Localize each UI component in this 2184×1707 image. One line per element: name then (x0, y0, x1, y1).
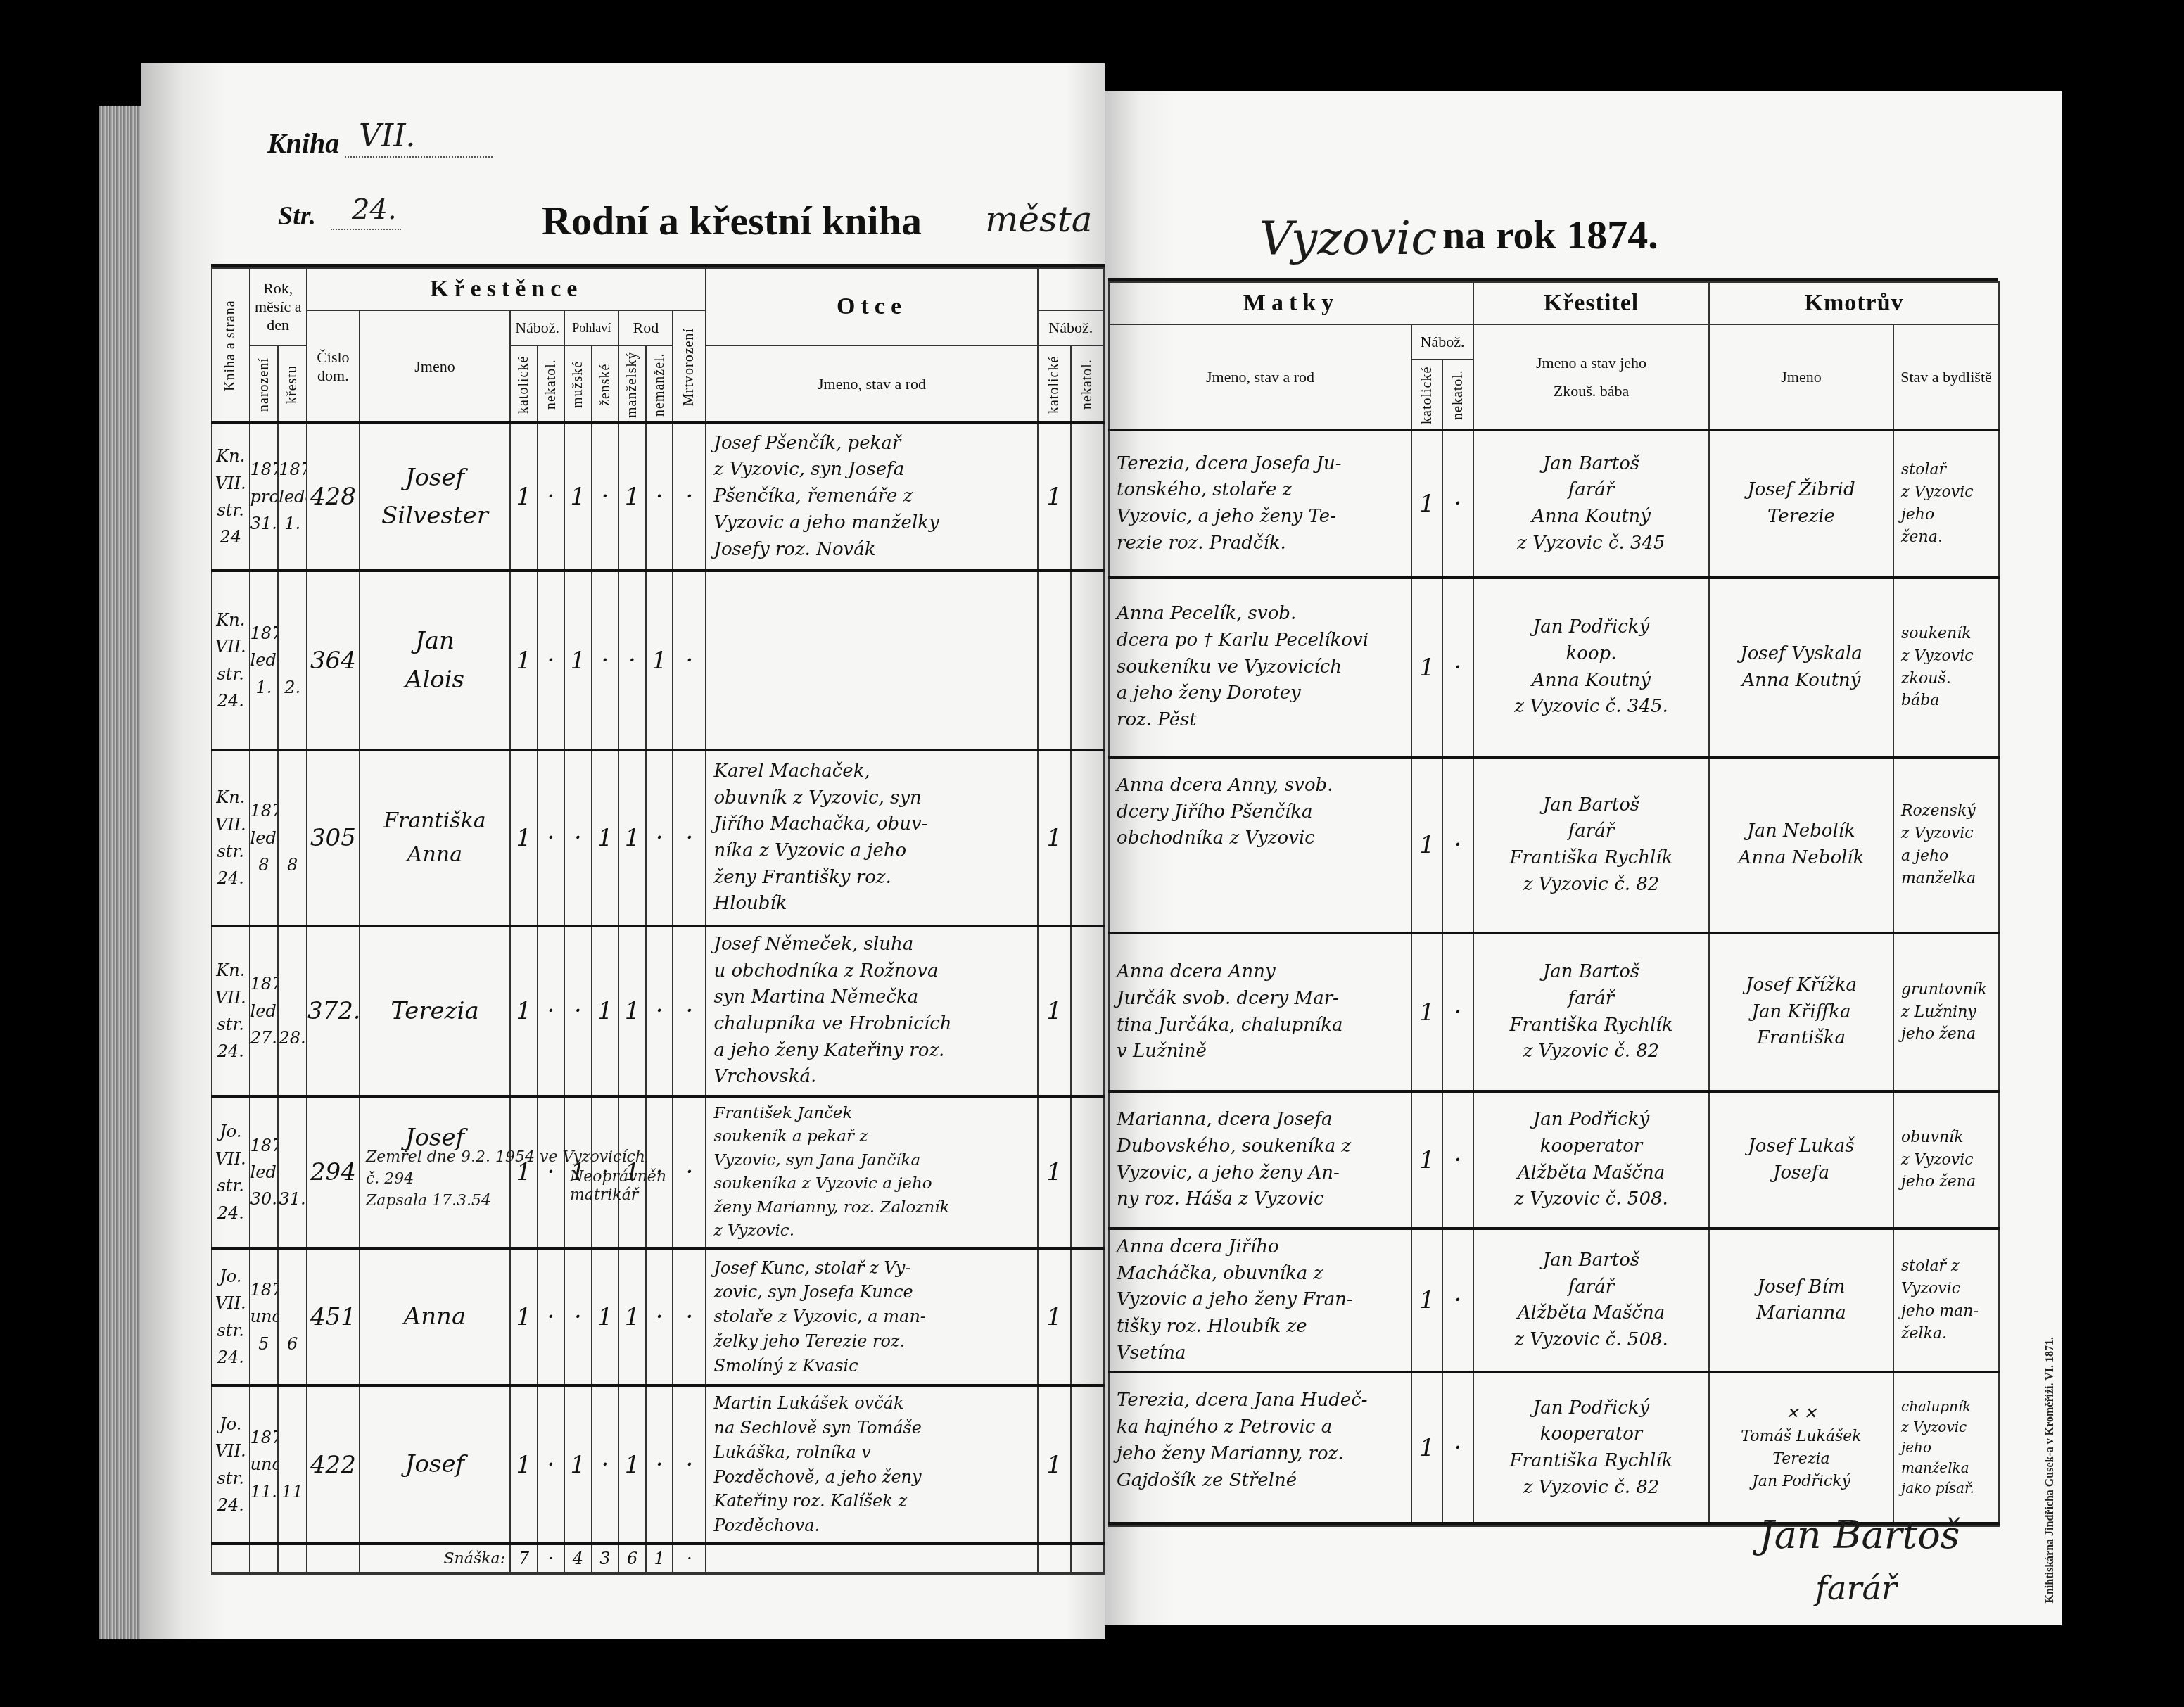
mark-illegitimate: · (646, 423, 673, 571)
col-book-page: Kniha a strana (212, 268, 250, 423)
filler-row (212, 1573, 1104, 1574)
house-number-cell: 372. (307, 926, 360, 1096)
col-date: Rok, měsíc a den (250, 268, 307, 345)
father-catholic-mark: 1 (1038, 1385, 1071, 1544)
book-page-cell: Kn. VII. str. 24. (212, 926, 250, 1096)
col-father-religion: Nábož. (1038, 310, 1104, 345)
mark-stillborn: · (673, 750, 706, 926)
mark-legitimate: · (618, 571, 646, 750)
entry-row-6: Jo. VII. str. 24. 1874 unor 5 6 451 Anna… (212, 1248, 1104, 1385)
mark-legitimate: 1 (618, 1248, 646, 1385)
father-catholic-mark: 1 (1038, 926, 1071, 1096)
col-mother-name: Jmeno, stav a rod (1109, 324, 1411, 430)
registrar-stamp: Neoprávněn matrikář (570, 1168, 666, 1205)
mark-female: · (592, 1385, 619, 1544)
mother-catholic-mark: 1 (1411, 1091, 1442, 1229)
register-year: na rok 1874. (1442, 211, 1658, 258)
page-label: Str. (278, 201, 316, 231)
mark-female: · (592, 571, 619, 750)
mark-non-catholic: · (538, 423, 565, 571)
mark-female: 1 (592, 926, 619, 1096)
mark-male: 1 (564, 571, 592, 750)
title-handwritten-town-type: města (985, 199, 1093, 240)
mother-non-catholic-mark: · (1442, 933, 1473, 1091)
godparent-cell: ✕ ✕ Tomáš Lukášek Terezia Jan Podřický (1709, 1372, 1893, 1523)
book-page-cell: Jo. VII. str. 24. (212, 1096, 250, 1248)
father-cell: Josef Kunc, stolař z Vy- zovic, syn Jose… (706, 1248, 1037, 1385)
house-number-cell: 294 (307, 1096, 360, 1248)
birth-date-cell: 1874 leden 1. (250, 571, 279, 750)
priest-signature: Jan Bartoš (1759, 1513, 1960, 1557)
mark-male: 1 (564, 1385, 592, 1544)
father-cell: Karel Machaček, obuvník z Vyzovic, syn J… (706, 750, 1037, 926)
col-father: Otce (706, 268, 1037, 345)
mark-catholic: 1 (510, 423, 538, 571)
col-stillborn: Mrtvorození (673, 310, 706, 423)
baptism-date-cell: 1874 leden 1. (278, 423, 307, 571)
total-legitimate: 6 (618, 1544, 646, 1573)
father-non-catholic-mark (1071, 423, 1104, 571)
col-father-name: Jmeno, stav a rod (706, 345, 1037, 423)
entry-row-7-right: Terezia, dcera Jana Hudeč- ka hajného z … (1109, 1372, 1999, 1523)
col-male: mužské (564, 345, 592, 423)
totals-row: Snáška: 7 · 4 3 6 1 · (212, 1544, 1104, 1573)
priest-title: farář (1815, 1569, 1897, 1607)
father-cell: Josef Němeček, sluha u obchodníka z Rožn… (706, 926, 1037, 1096)
godparent-cell: Josef Bím Marianna (1709, 1229, 1893, 1372)
col-mother-religion: Nábož. (1411, 324, 1473, 360)
entry-row-5-right: Marianna, dcera Josefa Dubovského, souke… (1109, 1091, 1999, 1229)
col-mother-non-catholic: nekatol. (1442, 360, 1473, 430)
father-cell: Josef Pšenčík, pekař z Vyzovic, syn Jose… (706, 423, 1037, 571)
col-father-religion-top (1038, 268, 1104, 310)
father-non-catholic-mark (1071, 1096, 1104, 1248)
child-name-cell: Františka Anna (360, 750, 510, 926)
mark-male: · (564, 1248, 592, 1385)
mother-cell: Anna Pecelík, svob. dcera po † Karlu Pec… (1109, 578, 1411, 757)
mark-female: 1 (592, 1248, 619, 1385)
mark-stillborn: · (673, 423, 706, 571)
mother-non-catholic-mark: · (1442, 430, 1473, 578)
mother-cell: Terezia, dcera Josefa Ju- tonského, stol… (1109, 430, 1411, 578)
godparent-status-cell: chalupník z Vyzovic jeho manželka jako p… (1893, 1372, 1999, 1523)
mother-cell: Marianna, dcera Josefa Dubovského, souke… (1109, 1091, 1411, 1229)
baptism-date-cell: 6 (278, 1248, 307, 1385)
baptizer-cell: Jan Bartoš farář Františka Rychlík z Vyz… (1473, 757, 1709, 933)
title-handwritten-town: Vyzovic (1259, 211, 1437, 265)
book-number: VII. (359, 118, 416, 154)
mark-catholic: 1 (510, 750, 538, 926)
col-baptizer: Křestitel (1473, 282, 1709, 324)
godparent-status-cell: soukeník z Vyzovic zkouš. bába (1893, 578, 1999, 757)
godparent-status-cell: obuvník z Vyzovic jeho žena (1893, 1091, 1999, 1229)
birth-date-cell: 1874 leden 27. (250, 926, 279, 1096)
father-catholic-mark: 1 (1038, 1096, 1071, 1248)
baptism-date-cell: 2. (278, 571, 307, 750)
mark-non-catholic: · (538, 1248, 565, 1385)
col-legitimate: manželský (618, 345, 646, 423)
mark-illegitimate: · (646, 1248, 673, 1385)
col-house-number: Číslo dom. (307, 310, 360, 423)
mark-stillborn: · (673, 571, 706, 750)
child-name-cell: Anna (360, 1248, 510, 1385)
book-page-cell: Jo. VII. str. 24. (212, 1248, 250, 1385)
mark-illegitimate: 1 (646, 571, 673, 750)
baptism-date-cell: 8 (278, 750, 307, 926)
mark-catholic: 1 (510, 1385, 538, 1544)
mark-legitimate: 1 (618, 750, 646, 926)
mark-female: 1 (592, 750, 619, 926)
mark-legitimate: 1 (618, 423, 646, 571)
mother-cell: Anna dcera Anny Jurčák svob. dcery Mar- … (1109, 933, 1411, 1091)
godparent-cell: Josef Žibrid Terezie (1709, 430, 1893, 578)
mother-cell: Anna dcera Jiřího Macháčka, obuvníka z V… (1109, 1229, 1411, 1372)
mark-male: · (564, 926, 592, 1096)
register-title: Rodní a křestní kniha (542, 197, 922, 244)
book-page-cell: Kn. VII. str. 24. (212, 750, 250, 926)
mark-female: · (592, 423, 619, 571)
entry-row-4: Kn. VII. str. 24. 1874 leden 27. 28. 372… (212, 926, 1104, 1096)
mark-male: 1 (564, 423, 592, 571)
entry-row-3: Kn. VII. str. 24. 1874 leden 8 8 305 Fra… (212, 750, 1104, 926)
entry-row-1: Kn. VII. str. 24 1873 prosinec 31. 1874 … (212, 423, 1104, 571)
birth-date-cell: 1874 leden 8 (250, 750, 279, 926)
annotation-line-1: Zemřel dne 9.2. 1954 ve Vyzovicích (366, 1148, 645, 1166)
mother-catholic-mark: 1 (1411, 430, 1442, 578)
father-cell: František Janček soukeník a pekař z Vyzo… (706, 1096, 1037, 1248)
house-number-cell: 428 (307, 423, 360, 571)
total-female: 3 (592, 1544, 619, 1573)
entry-row-6-right: Anna dcera Jiřího Macháčka, obuvníka z V… (1109, 1229, 1999, 1372)
col-baptized: Křestěnce (307, 268, 706, 310)
mark-stillborn: · (673, 926, 706, 1096)
page-underline (331, 229, 401, 230)
col-illegitimate: nemanžel. (646, 345, 673, 423)
mark-non-catholic: · (538, 750, 565, 926)
col-legitimacy: Rod (618, 310, 673, 345)
total-male: 4 (564, 1544, 592, 1573)
mark-non-catholic: · (538, 1385, 565, 1544)
father-catholic-mark: 1 (1038, 423, 1071, 571)
mother-catholic-mark: 1 (1411, 1372, 1442, 1523)
godparent-cell: Josef Vyskala Anna Koutný (1709, 578, 1893, 757)
baptism-date-cell: 28. (278, 926, 307, 1096)
baptism-date-cell: 31. (278, 1096, 307, 1248)
annotation-line-3: Zapsala 17.3.54 (366, 1192, 491, 1210)
father-non-catholic-mark (1071, 1385, 1104, 1544)
col-godparent-name: Jmeno (1709, 324, 1893, 430)
entry-row-3-right: Anna dcera Anny, svob. dcery Jiřího Pšen… (1109, 757, 1999, 933)
godparent-cell: Jan Nebolík Anna Nebolík (1709, 757, 1893, 933)
totals-label: Snáška: (360, 1544, 510, 1573)
father-non-catholic-mark (1071, 750, 1104, 926)
house-number-cell: 451 (307, 1248, 360, 1385)
col-religion: Nábož. (510, 310, 564, 345)
col-godparents: Kmotrův (1709, 282, 1999, 324)
total-non-catholic: · (538, 1544, 565, 1573)
col-godparent-status: Stav a bydliště (1893, 324, 1999, 430)
col-baptizer-name: Jmeno a stav jeho Zkouš. bába (1473, 324, 1709, 430)
mark-legitimate: 1 (618, 1385, 646, 1544)
father-catholic-mark: 1 (1038, 1248, 1071, 1385)
godparent-status-cell: Rozenský z Vyzovic a jeho manželka (1893, 757, 1999, 933)
right-register-table: Matky Křestitel Kmotrův Jmeno, stav a ro… (1108, 278, 1998, 1527)
baptism-date-cell: 11 (278, 1385, 307, 1544)
mother-non-catholic-mark: · (1442, 578, 1473, 757)
house-number-cell: 364 (307, 571, 360, 750)
col-baptism: křestu (278, 345, 307, 423)
col-birth: narození (250, 345, 279, 423)
col-non-catholic: nekatol. (538, 345, 565, 423)
mother-cell: Terezia, dcera Jana Hudeč- ka hajného z … (1109, 1372, 1411, 1523)
entry-row-2-right: Anna Pecelík, svob. dcera po † Karlu Pec… (1109, 578, 1999, 757)
mark-catholic: 1 (510, 571, 538, 750)
mother-non-catholic-mark: · (1442, 1372, 1473, 1523)
entry-row-4-right: Anna dcera Anny Jurčák svob. dcery Mar- … (1109, 933, 1999, 1091)
annotation-line-2: č. 294 (366, 1170, 414, 1188)
father-non-catholic-mark (1071, 1248, 1104, 1385)
birth-date-cell: 1874 unor 11. (250, 1385, 279, 1544)
mark-non-catholic: · (538, 926, 565, 1096)
book-page-cell: Jo. VII. str. 24. (212, 1385, 250, 1544)
entry-row-7: Jo. VII. str. 24. 1874 unor 11. 11 422 J… (212, 1385, 1104, 1544)
child-name-cell: Jan Alois (360, 571, 510, 750)
book-label: Kniha (267, 127, 339, 160)
godparent-cell: Josef Lukaš Josefa (1709, 1091, 1893, 1229)
baptizer-cell: Jan Podřický koop. Anna Koutný z Vyzovic… (1473, 578, 1709, 757)
father-non-catholic-mark (1071, 571, 1104, 750)
mark-non-catholic: · (538, 571, 565, 750)
house-number-cell: 422 (307, 1385, 360, 1544)
father-non-catholic-mark (1071, 926, 1104, 1096)
col-mother: Matky (1109, 282, 1473, 324)
col-female: ženské (592, 345, 619, 423)
mark-illegitimate: · (646, 1385, 673, 1544)
baptizer-cell: Jan Podřický kooperator Alžběta Maščna z… (1473, 1091, 1709, 1229)
mother-non-catholic-mark: · (1442, 757, 1473, 933)
entry-row-1-right: Terezia, dcera Josefa Ju- tonského, stol… (1109, 430, 1999, 578)
entry-row-2: Kn. VII. str. 24. 1874 leden 1. 2. 364 J… (212, 571, 1104, 750)
total-catholic: 7 (510, 1544, 538, 1573)
baptizer-cell: Jan Bartoš farář Anna Koutný z Vyzovic č… (1473, 430, 1709, 578)
house-number-cell: 305 (307, 750, 360, 926)
birth-date-cell: 1874 leden 30. (250, 1096, 279, 1248)
child-name-cell: Josef Silvester (360, 423, 510, 571)
total-illegitimate: 1 (646, 1544, 673, 1573)
mother-cell: Anna dcera Anny, svob. dcery Jiřího Pšen… (1109, 757, 1411, 933)
mother-catholic-mark: 1 (1411, 578, 1442, 757)
mark-illegitimate: · (646, 750, 673, 926)
child-name-cell: Terezia (360, 926, 510, 1096)
baptizer-cell: Jan Bartoš farář Alžběta Maščna z Vyzovi… (1473, 1229, 1709, 1372)
godparent-cell: Josef Křížka Jan Křiffka Františka (1709, 933, 1893, 1091)
birth-date-cell: 1873 prosinec 31. (250, 423, 279, 571)
mother-non-catholic-mark: · (1442, 1229, 1473, 1372)
godparent-status-cell: stolař z Vyzovic jeho man- želka. (1893, 1229, 1999, 1372)
mark-stillborn: · (673, 1248, 706, 1385)
mark-stillborn: · (673, 1385, 706, 1544)
mark-male: · (564, 750, 592, 926)
mother-catholic-mark: 1 (1411, 757, 1442, 933)
baptizer-cell: Jan Bartoš farář Františka Rychlík z Vyz… (1473, 933, 1709, 1091)
birth-date-cell: 1874 unor 5 (250, 1248, 279, 1385)
col-mother-catholic: katolické (1411, 360, 1442, 430)
godparent-status-cell: gruntovník z Lužniny jeho žena (1893, 933, 1999, 1091)
mother-non-catholic-mark: · (1442, 1091, 1473, 1229)
col-catholic: katolické (510, 345, 538, 423)
godparent-status-cell: stolař z Vyzovic jeho žena. (1893, 430, 1999, 578)
col-father-non-catholic: nekatol. (1071, 345, 1104, 423)
mark-stillborn: · (673, 1096, 706, 1248)
printer-imprint: Knihtiskárna Jindřicha Gusek-a v Kroměří… (2044, 1337, 2057, 1604)
baptizer-cell: Jan Podřický kooperator Františka Rychlí… (1473, 1372, 1709, 1523)
father-cell (706, 571, 1037, 750)
father-catholic-mark (1038, 571, 1071, 750)
father-catholic-mark: 1 (1038, 750, 1071, 926)
book-page-cell: Kn. VII. str. 24. (212, 571, 250, 750)
col-child-name: Jmeno (360, 310, 510, 423)
total-stillborn: · (673, 1544, 706, 1573)
mark-illegitimate: · (646, 926, 673, 1096)
mother-catholic-mark: 1 (1411, 933, 1442, 1091)
father-cell: Martin Lukášek ovčák na Sechlově syn Tom… (706, 1385, 1037, 1544)
page-number: 24. (352, 193, 397, 226)
mark-catholic: 1 (510, 1248, 538, 1385)
book-underline (345, 156, 493, 158)
col-sex: Pohlaví (564, 310, 618, 345)
left-register-table: Kniha a strana Rok, měsíc a den Křestěnc… (211, 264, 1105, 1527)
mark-catholic: 1 (510, 926, 538, 1096)
col-father-catholic: katolické (1038, 345, 1071, 423)
book-page-cell: Kn. VII. str. 24 (212, 423, 250, 571)
mother-catholic-mark: 1 (1411, 1229, 1442, 1372)
child-name-cell: Josef (360, 1385, 510, 1544)
mark-legitimate: 1 (618, 926, 646, 1096)
